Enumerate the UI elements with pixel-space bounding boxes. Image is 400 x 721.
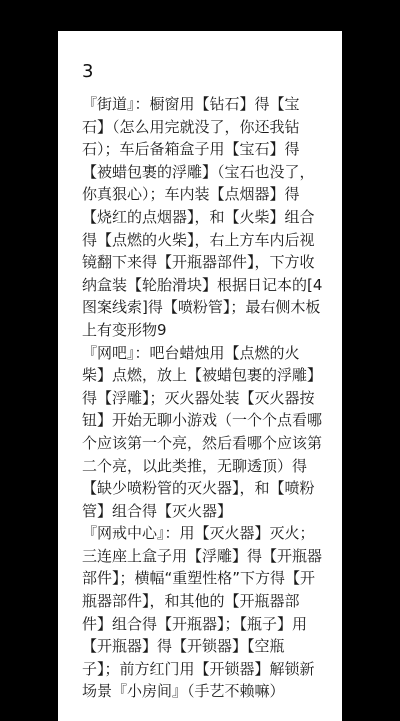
text-line: 瓶器部件】，和其他的【开瓶器部	[82, 590, 318, 613]
text-line: 柴】点燃，放上【被蜡包裹的浮雕】	[82, 364, 318, 387]
text-line: 个应该第一个亮，然后看哪个应该第	[82, 432, 318, 455]
text-line: 纳盒装【轮胎滑块】根据日记本的[4	[82, 274, 318, 297]
document-page: 3 『街道』：橱窗用【钻石】得【宝 石】（怎么用完就没了，你还我钻 石）；车后备…	[58, 31, 342, 710]
text-line: 石】（怎么用完就没了，你还我钻	[82, 116, 318, 139]
text-line: 场景『小房间』（手艺不赖嘛）	[82, 680, 318, 703]
text-line: 部件】；横幅“重塑性格”下方得【开	[82, 567, 318, 590]
text-line: 『街道』：橱窗用【钻石】得【宝	[82, 93, 318, 116]
text-line: 石）；车后备箱盒子用【宝石】得	[82, 138, 318, 161]
page-number: 3	[82, 61, 93, 83]
text-line: 件】组合得【开瓶器】；【瓶子】用	[82, 613, 318, 636]
text-line: 上有变形物9	[82, 319, 318, 342]
text-line: 图案线索]得【喷粉管】；最右侧木板	[82, 296, 318, 319]
text-line: 『网吧』：吧台蜡烛用【点燃的火	[82, 342, 318, 365]
text-line: 子】；前方红门用【开锁器】解锁新	[82, 658, 318, 681]
text-line: 【烧红的点烟器】，和【火柴】组合	[82, 206, 318, 229]
text-line: 『网戒中心』：用【灭火器】灭火；	[82, 522, 318, 545]
text-line: 镜翻下来得【开瓶器部件】，下方收	[82, 251, 318, 274]
text-line: 钮】开始无聊小游戏（一个个点看哪	[82, 409, 318, 432]
text-line: 得【浮雕】；灭火器处装【灭火器按	[82, 387, 318, 410]
text-line: 【缺少喷粉管的灭火器】，和【喷粉	[82, 477, 318, 500]
text-line: 【开瓶器】得【开锁器】【空瓶	[82, 635, 318, 658]
walkthrough-text: 『街道』：橱窗用【钻石】得【宝 石】（怎么用完就没了，你还我钻 石）；车后备箱盒…	[82, 93, 318, 703]
text-line: 【被蜡包裹的浮雕】（宝石也没了，	[82, 161, 318, 184]
text-line: 三连座上盒子用【浮雕】得【开瓶器	[82, 545, 318, 568]
text-line: 得【点燃的火柴】，右上方车内后视	[82, 229, 318, 252]
text-line: 二个亮，以此类推，无聊透顶）得	[82, 455, 318, 478]
text-line: 管】组合得【灭火器】	[82, 500, 318, 523]
text-line: 你真狠心）；车内装【点烟器】得	[82, 183, 318, 206]
